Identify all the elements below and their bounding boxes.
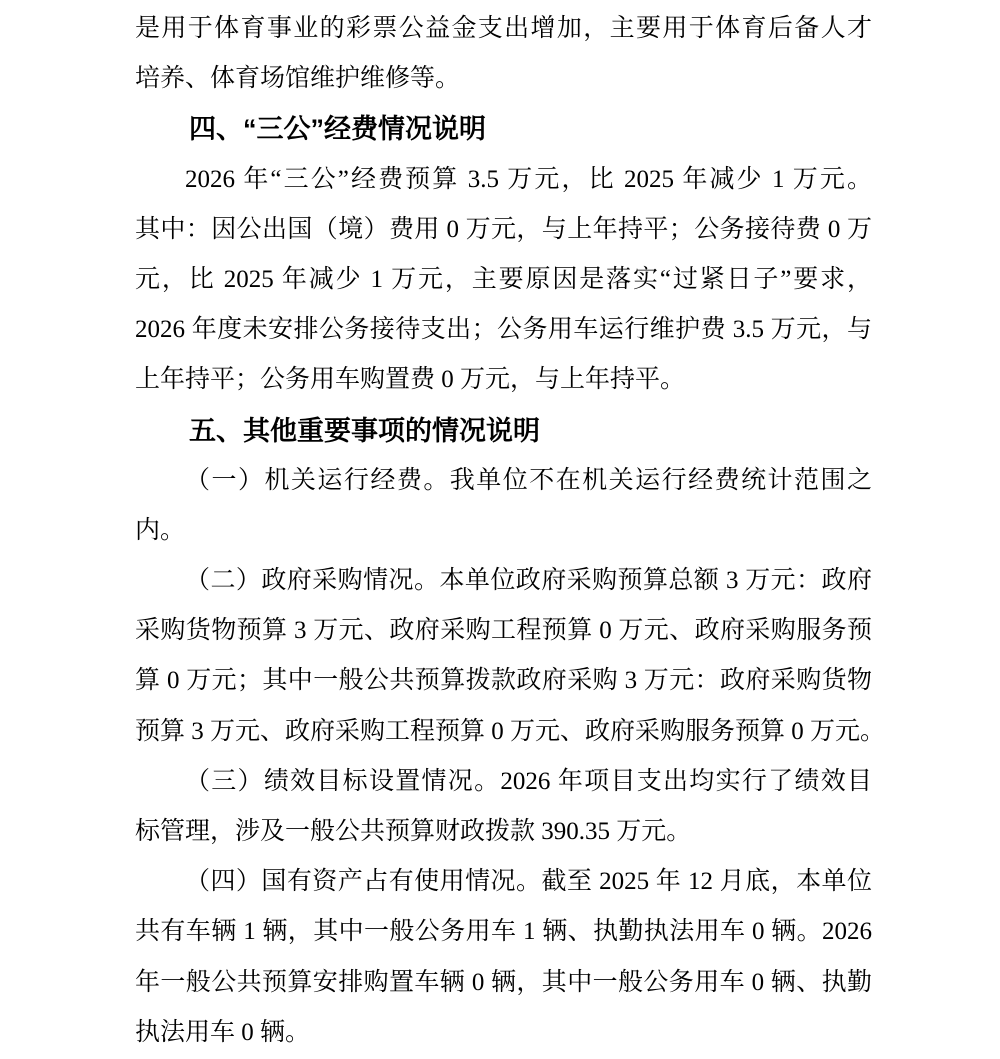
- text-line: （四）国有资产占有使用情况。截至 2025 年 12 月底，本单位: [135, 857, 872, 907]
- text-line: 元，比 2025 年减少 1 万元，主要原因是落实“过紧日子”要求，: [135, 255, 872, 305]
- text-line: （三）绩效目标设置情况。2026 年项目支出均实行了绩效目: [135, 757, 872, 807]
- text-line: （一）机关运行经费。我单位不在机关运行经费统计范围之: [135, 456, 872, 506]
- text-line: 是用于体育事业的彩票公益金支出增加，主要用于体育后备人才: [135, 4, 872, 54]
- text-line: 内。: [135, 506, 872, 556]
- text-line: 其中：因公出国（境）费用 0 万元，与上年持平；公务接待费 0 万: [135, 205, 872, 255]
- section-heading: 五、其他重要事项的情况说明: [135, 406, 872, 456]
- text-line: （二）政府采购情况。本单位政府采购预算总额 3 万元：政府: [135, 556, 872, 606]
- document-page: 是用于体育事业的彩票公益金支出增加，主要用于体育后备人才培养、体育场馆维护维修等…: [0, 0, 1000, 1059]
- text-line: 2026 年“三公”经费预算 3.5 万元，比 2025 年减少 1 万元。: [135, 155, 872, 205]
- section-heading: 四、“三公”经费情况说明: [135, 104, 872, 154]
- text-line: 算 0 万元；其中一般公共预算拨款政府采购 3 万元：政府采购货物: [135, 656, 872, 706]
- text-line: 年一般公共预算安排购置车辆 0 辆，其中一般公务用车 0 辆、执勤: [135, 958, 872, 1008]
- text-line: 预算 3 万元、政府采购工程预算 0 万元、政府采购服务预算 0 万元。: [135, 707, 872, 757]
- text-line: 上年持平；公务用车购置费 0 万元，与上年持平。: [135, 355, 872, 405]
- text-line: 共有车辆 1 辆，其中一般公务用车 1 辆、执勤执法用车 0 辆。2026: [135, 907, 872, 957]
- text-line: 培养、体育场馆维护维修等。: [135, 54, 872, 104]
- text-line: 标管理，涉及一般公共预算财政拨款 390.35 万元。: [135, 807, 872, 857]
- text-line: 采购货物预算 3 万元、政府采购工程预算 0 万元、政府采购服务预: [135, 606, 872, 656]
- text-line: 2026 年度未安排公务接待支出；公务用车运行维护费 3.5 万元，与: [135, 305, 872, 355]
- text-line: 执法用车 0 辆。: [135, 1008, 872, 1058]
- document-text-block: 是用于体育事业的彩票公益金支出增加，主要用于体育后备人才培养、体育场馆维护维修等…: [135, 4, 872, 1058]
